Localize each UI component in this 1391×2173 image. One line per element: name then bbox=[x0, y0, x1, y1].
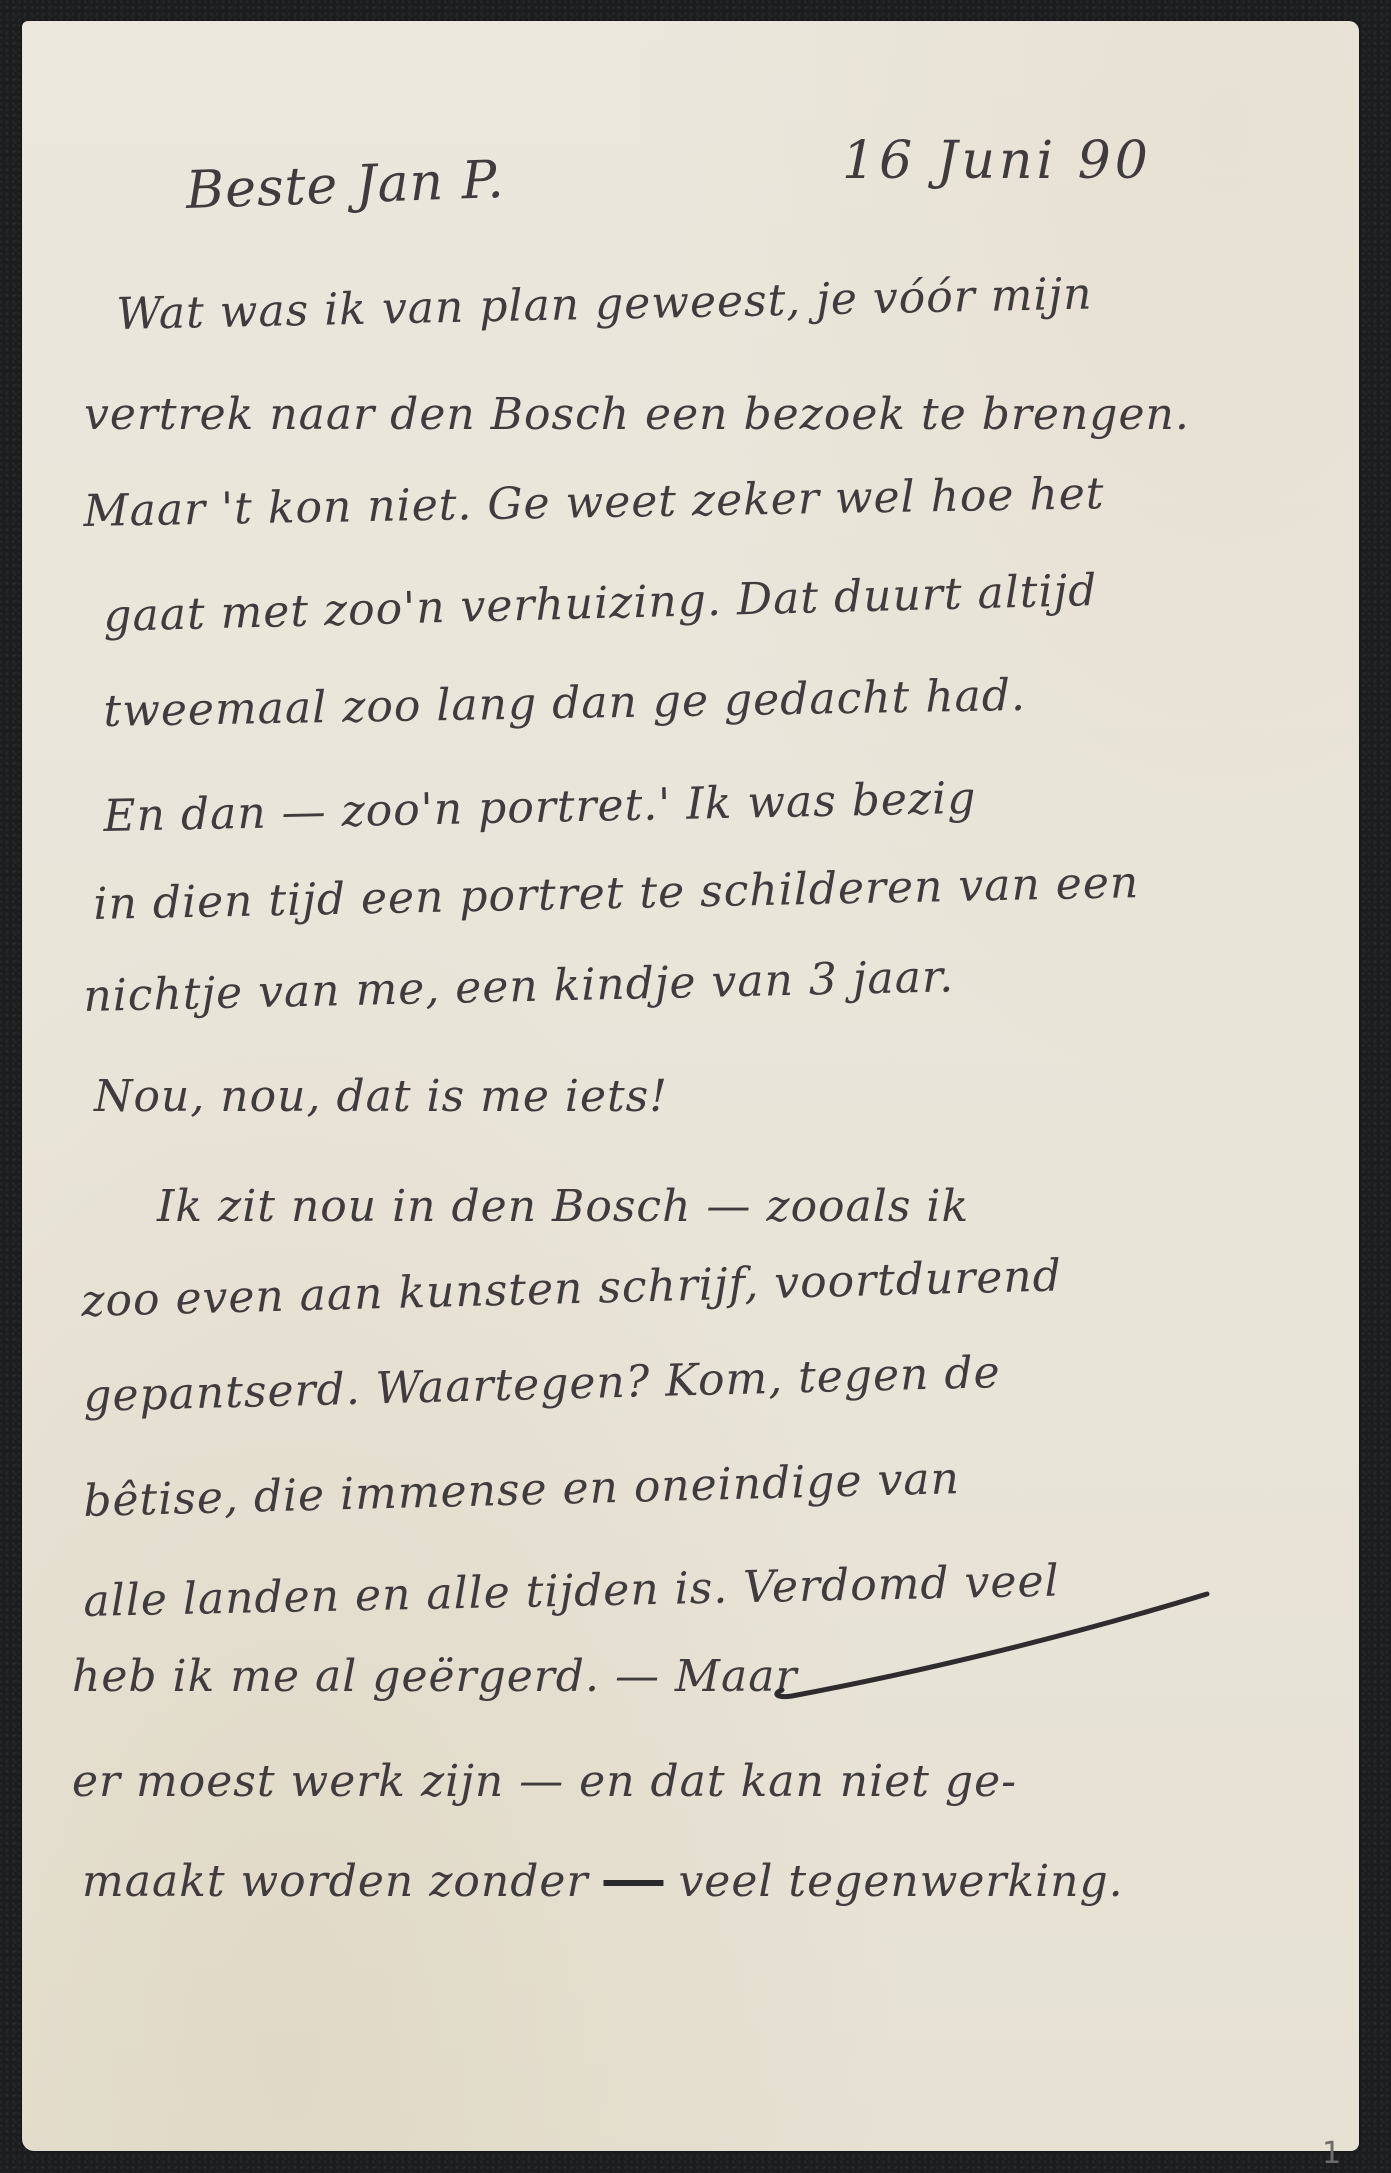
letter-line: zoo even aan kunsten schrijf, voortduren… bbox=[81, 1250, 1063, 1327]
letter-line: Ik zit nou in den Bosch — zooals ik bbox=[157, 1181, 969, 1232]
letter-date: 16 Juni 90 bbox=[842, 131, 1152, 191]
letter-line: vertrek naar den Bosch een bezoek te bre… bbox=[84, 389, 1190, 440]
letter-line: bêtise, die immense en oneindige van bbox=[83, 1453, 961, 1527]
letter-line: tweemaal zoo lang dan ge gedacht had. bbox=[103, 670, 1026, 737]
struck-out-word bbox=[603, 1856, 663, 1907]
letter-line: gaat met zoo'n verhuizing. Dat duurt alt… bbox=[103, 565, 1098, 642]
letter-line: gepantserd. Waartegen? Kom, tegen de bbox=[83, 1347, 1002, 1422]
letter-line: Nou, nou, dat is me iets! bbox=[94, 1071, 668, 1122]
letter-line: alle landen en alle tijden is. Verdomd v… bbox=[83, 1556, 1060, 1627]
letter-line-text: maakt worden zonder bbox=[82, 1856, 588, 1907]
letter-line: Wat was ik van plan geweest, je vóór mij… bbox=[116, 269, 1093, 340]
letter-line-text: veel tegenwerking. bbox=[678, 1856, 1123, 1907]
letter-line: in dien tijd een portret te schilderen v… bbox=[93, 857, 1140, 930]
salutation: Beste Jan P. bbox=[185, 150, 506, 221]
letter-line: maakt worden zonder veel tegenwerking. bbox=[82, 1856, 1124, 1907]
page-number: 1 bbox=[1322, 2136, 1341, 2171]
letter-line: er moest werk zijn — en dat kan niet ge- bbox=[72, 1756, 1017, 1807]
letter-line: Maar 't kon niet. Ge weet zeker wel hoe … bbox=[83, 468, 1105, 537]
letter-line: En dan — zoo'n portret.' Ik was bezig bbox=[103, 773, 977, 842]
letter-line: nichtje van me, een kindje van 3 jaar. bbox=[83, 951, 955, 1022]
letter-line: heb ik me al geërgerd. — Maar bbox=[72, 1651, 797, 1702]
letter-page: Beste Jan P. 16 Juni 90 Wat was ik van p… bbox=[22, 21, 1359, 2151]
